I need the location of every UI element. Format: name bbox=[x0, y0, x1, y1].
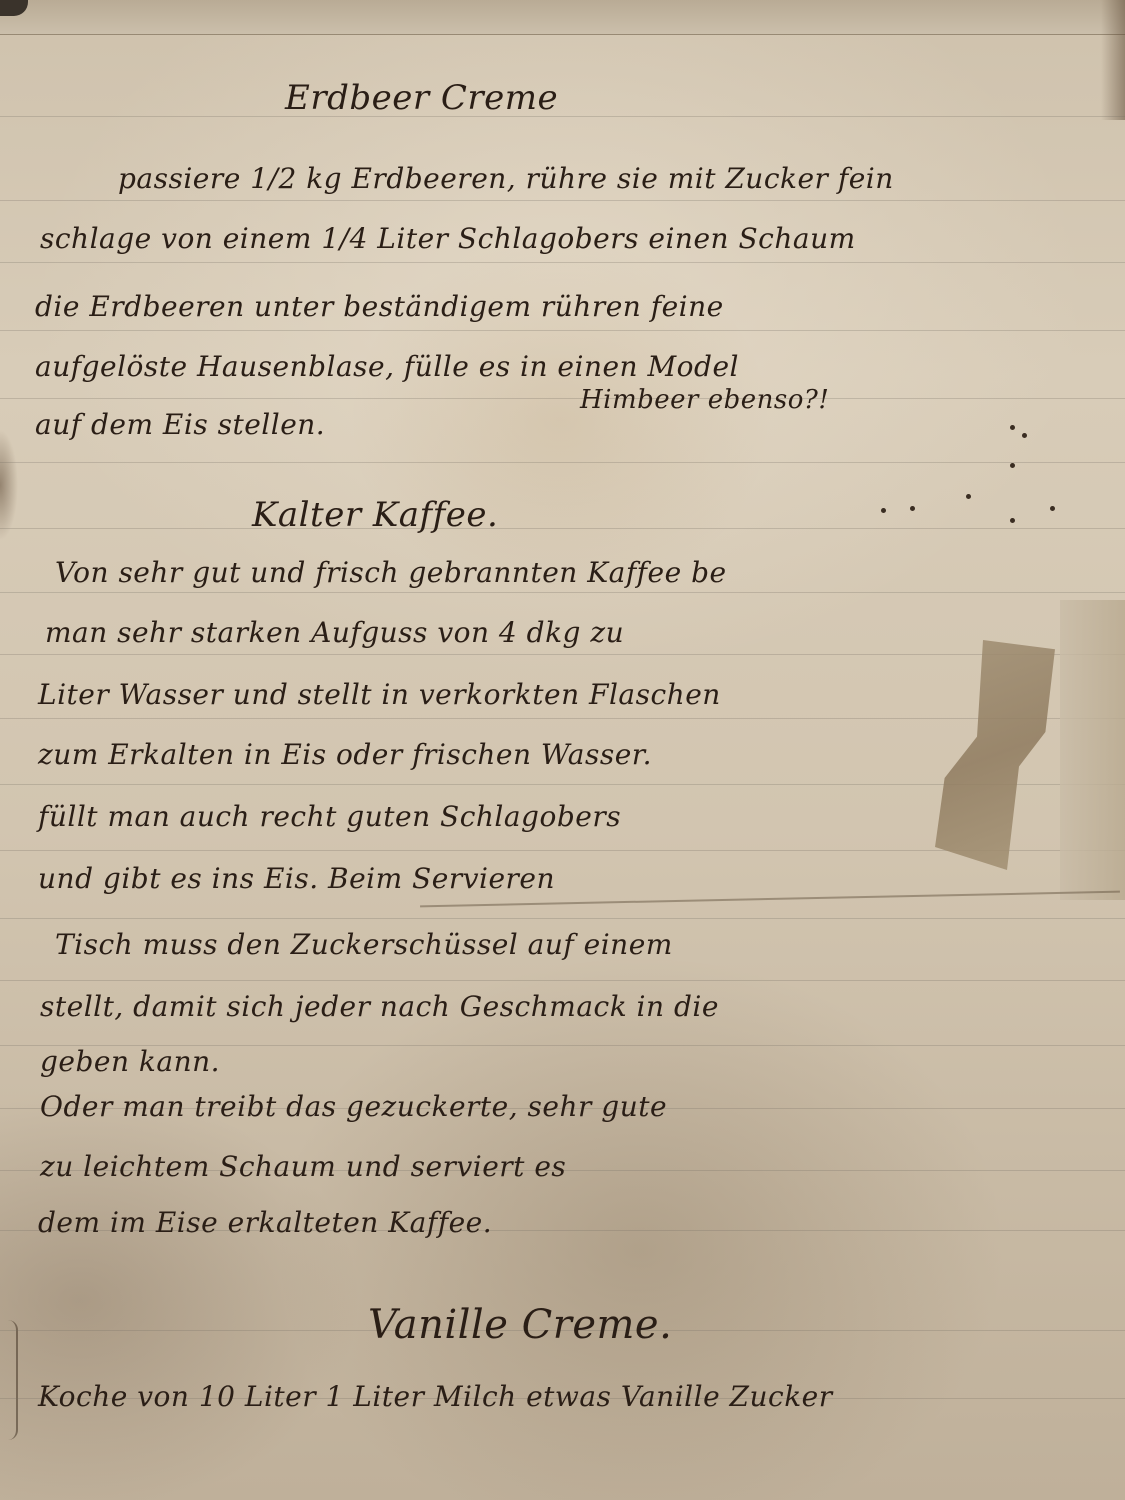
text-line: man sehr starken Aufguss von 4 dkg zu bbox=[45, 616, 624, 649]
ink-dot bbox=[1050, 506, 1055, 511]
text-line: und gibt es ins Eis. Beim Servieren bbox=[38, 862, 555, 895]
folded-paper-scrap bbox=[1060, 600, 1125, 900]
ink-dot bbox=[1010, 425, 1015, 430]
text-line: stellt, damit sich jeder nach Geschmack … bbox=[40, 990, 719, 1023]
text-line: Tisch muss den Zuckerschüssel auf einem bbox=[55, 928, 673, 961]
recipe-title-kalter-kaffee: Kalter Kaffee. bbox=[252, 495, 498, 535]
text-line: schlage von einem 1/4 Liter Schlagobers … bbox=[40, 222, 856, 255]
ink-dot bbox=[966, 494, 971, 499]
ink-dot bbox=[1022, 433, 1027, 438]
text-line: dem im Eise erkalteten Kaffee. bbox=[38, 1206, 492, 1239]
text-line: Liter Wasser und stellt in verkorkten Fl… bbox=[38, 678, 721, 711]
text-line: Koche von 10 Liter 1 Liter Milch etwas V… bbox=[38, 1380, 833, 1413]
text-line: füllt man auch recht guten Schlagobers bbox=[38, 800, 621, 833]
text-line: Oder man treibt das gezuckerte, sehr gut… bbox=[40, 1090, 667, 1123]
recipe-title-erdbeer-creme: Erdbeer Creme bbox=[285, 78, 558, 118]
ink-dot bbox=[1010, 518, 1015, 523]
ink-dot bbox=[1010, 463, 1015, 468]
text-line: die Erdbeeren unter beständigem rühren f… bbox=[35, 290, 724, 323]
recipe-title-vanille-creme: Vanille Creme. bbox=[368, 1302, 672, 1348]
ink-dot bbox=[910, 506, 915, 511]
text-line: auf dem Eis stellen. bbox=[35, 408, 325, 441]
text-line: passiere 1/2 kg Erdbeeren, rühre sie mit… bbox=[118, 162, 894, 195]
text-line: aufgelöste Hausenblase, fülle es in eine… bbox=[35, 350, 739, 383]
text-line: zu leichtem Schaum und serviert es bbox=[40, 1150, 566, 1183]
text-line: Von sehr gut und frisch gebrannten Kaffe… bbox=[55, 556, 727, 589]
aged-paper-page: Erdbeer Creme passiere 1/2 kg Erdbeeren,… bbox=[0, 0, 1125, 1500]
ink-dot bbox=[881, 508, 886, 513]
text-line: geben kann. bbox=[40, 1045, 220, 1078]
margin-annotation: Himbeer ebenso?! bbox=[580, 385, 829, 415]
text-line: zum Erkalten in Eis oder frischen Wasser… bbox=[38, 738, 652, 771]
